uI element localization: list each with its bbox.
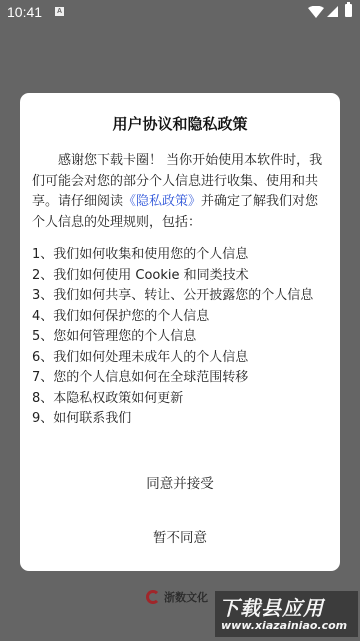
- site-name: 下载县应用: [219, 592, 324, 621]
- list-item: 4、我们如何保护您的个人信息: [32, 307, 330, 328]
- dialog-body: 感谢您下载卡圈！ 当你开始使用本软件时，我们可能会对您的部分个人信息进行收集、使…: [32, 151, 330, 430]
- list-item: 6、我们如何处理未成年人的个人信息: [32, 348, 330, 369]
- status-time: 10:41: [7, 4, 42, 20]
- agree-button[interactable]: 同意并接受: [20, 469, 340, 499]
- signal-icon: [327, 6, 338, 17]
- list-item: 1、我们如何收集和使用您的个人信息: [32, 245, 330, 266]
- privacy-policy-link[interactable]: 《隐私政策》: [123, 194, 201, 209]
- notification-a-icon: A: [55, 7, 64, 16]
- battery-icon: [345, 4, 352, 17]
- list-item: 2、我们如何使用 Cookie 和同类技术: [32, 266, 330, 287]
- intro-paragraph: 感谢您下载卡圈！ 当你开始使用本软件时，我们可能会对您的部分个人信息进行收集、使…: [32, 151, 330, 233]
- list-item: 9、如何联系我们: [32, 409, 330, 430]
- brand-name: 浙数文化: [164, 589, 208, 605]
- privacy-dialog: 用户协议和隐私政策 感谢您下载卡圈！ 当你开始使用本软件时，我们可能会对您的部分…: [20, 93, 340, 571]
- site-url: www.xiazainiao.com: [221, 619, 347, 632]
- status-bar: 10:41 A: [0, 0, 360, 26]
- brand-watermark: 浙数文化: [146, 589, 208, 605]
- list-item: 7、您的个人信息如何在全球范围转移: [32, 368, 330, 389]
- list-item: 3、我们如何共享、转让、公开披露您的个人信息: [32, 286, 330, 307]
- brand-logo-icon: [146, 590, 160, 604]
- wifi-icon: [308, 6, 324, 18]
- disagree-button[interactable]: 暂不同意: [20, 523, 340, 553]
- dialog-title: 用户协议和隐私政策: [20, 113, 340, 134]
- policy-items-list: 1、我们如何收集和使用您的个人信息 2、我们如何使用 Cookie 和同类技术 …: [32, 245, 330, 430]
- site-watermark: 下载县应用 www.xiazainiao.com: [215, 591, 358, 637]
- list-item: 8、本隐私权政策如何更新: [32, 389, 330, 410]
- list-item: 5、您如何管理您的个人信息: [32, 327, 330, 348]
